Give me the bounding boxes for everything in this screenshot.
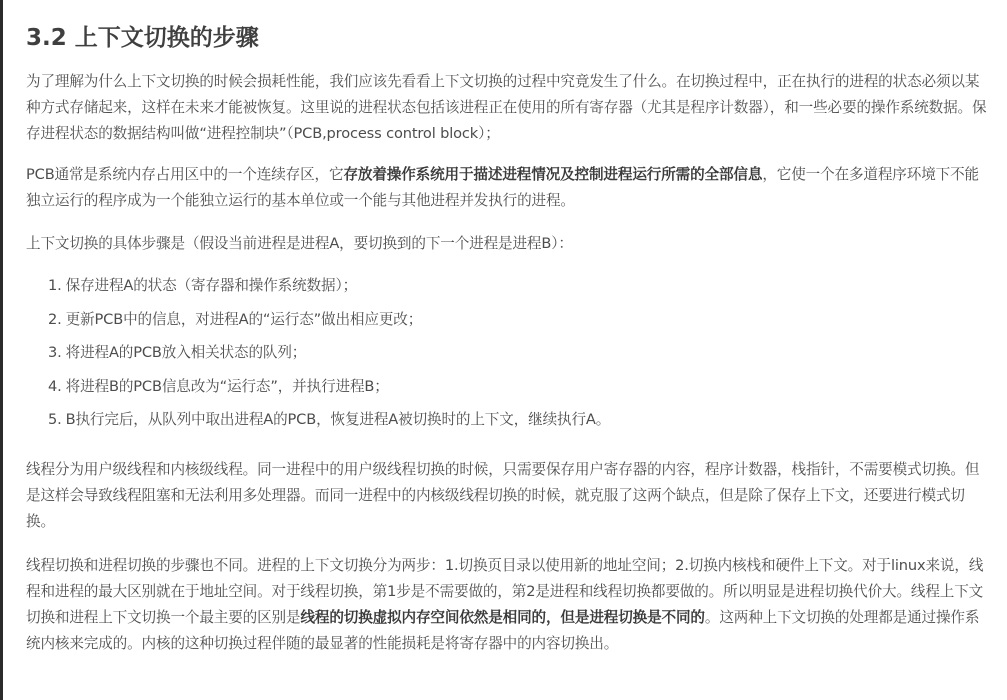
list-item-number: 2. [48,305,62,335]
list-item-text: 保存进程A的状态（寄存器和操作系统数据）； [66,277,357,294]
list-item: 4.将进程B的PCB信息改为“运行态”，并执行进程B； [48,372,1007,406]
list-item-number: 4. [48,372,62,402]
list-item-text: 将进程B的PCB信息改为“运行态”，并执行进程B； [66,378,389,395]
pcb-bold-emphasis: 存放着操作系统用于描述进程情况及控制进程运行所需的全部信息 [343,166,762,183]
list-item-number: 1. [48,271,62,301]
paragraph-thread-levels: 线程分为用户级线程和内核级线程。同一进程中的用户级线程切换的时候，只需要保存用户… [26,457,988,535]
switch-bold-emphasis: 线程的切换虚拟内存空间依然是相同的，但是进程切换是不同的 [300,609,704,626]
list-item-text: B执行完后，从队列中取出进程A的PCB，恢复进程A被切换时的上下文，继续执行A。 [66,411,611,428]
list-item-number: 3. [48,338,62,368]
list-item: 1.保存进程A的状态（寄存器和操作系统数据）； [48,271,1007,305]
list-item: 2.更新PCB中的信息，对进程A的“运行态”做出相应更改； [48,305,1007,339]
pcb-text-before: PCB通常是系统内存占用区中的一个连续存区，它 [26,166,343,183]
window-left-edge [0,0,3,700]
steps-list: 1.保存进程A的状态（寄存器和操作系统数据）； 2.更新PCB中的信息，对进程A… [48,271,1007,439]
section-heading: 3.2 上下文切换的步骤 [26,22,259,54]
paragraph-context-switch-intro: 为了理解为什么上下文切换的时候会损耗性能，我们应该先看看上下文切换的过程中究竟发… [26,69,988,147]
list-item: 5.B执行完后，从队列中取出进程A的PCB，恢复进程A被切换时的上下文，继续执行… [48,405,1007,439]
paragraph-steps-intro: 上下文切换的具体步骤是（假设当前进程是进程A，要切换到的下一个进程是进程B）： [26,231,988,257]
list-item-text: 更新PCB中的信息，对进程A的“运行态”做出相应更改； [66,311,423,328]
paragraph-pcb-description: PCB通常是系统内存占用区中的一个连续存区，它存放着操作系统用于描述进程情况及控… [26,162,988,214]
paragraph-thread-vs-process-switch: 线程切换和进程切换的步骤也不同。进程的上下文切换分为两步：1.切换页目录以使用新… [26,553,988,657]
list-item-text: 将进程A的PCB放入相关状态的队列； [66,344,307,361]
list-item-number: 5. [48,405,62,435]
list-item: 3.将进程A的PCB放入相关状态的队列； [48,338,1007,372]
